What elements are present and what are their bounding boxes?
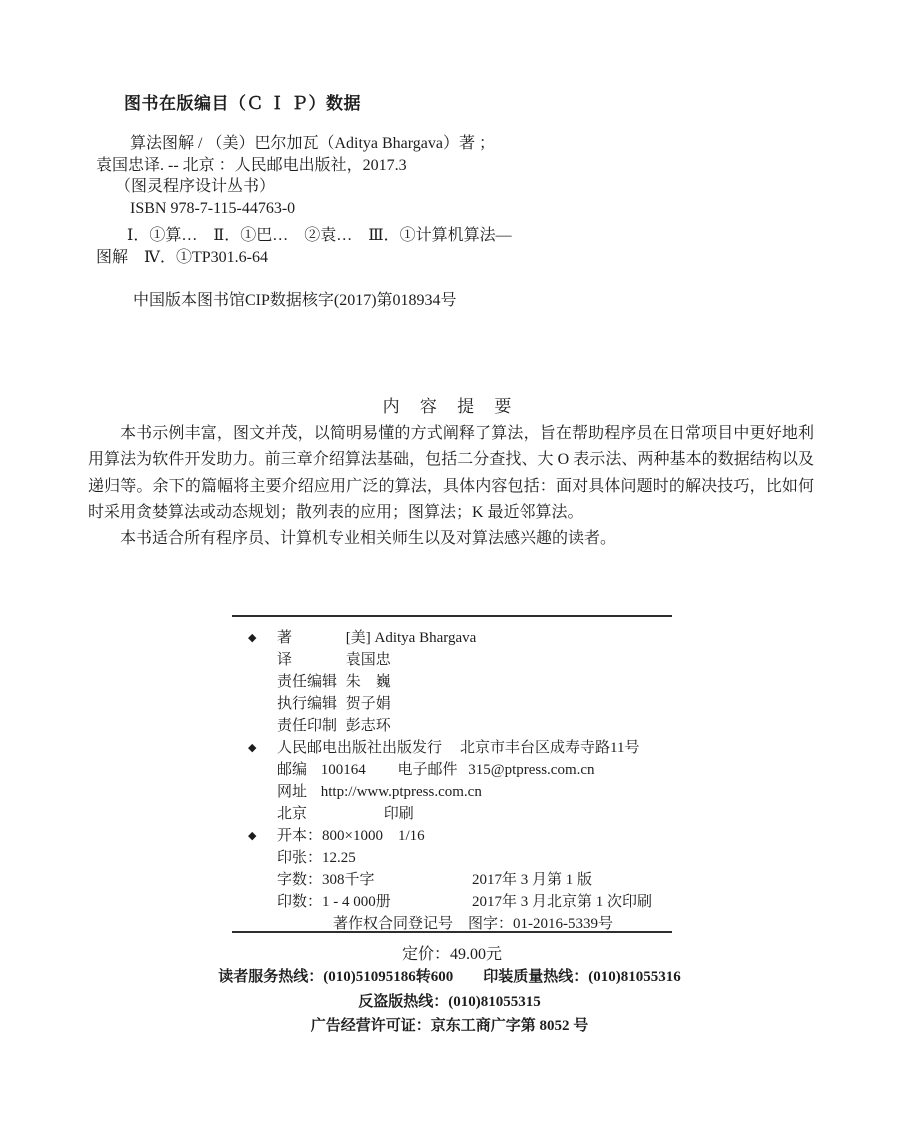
credit-row-author: ◆ 著 [美] Aditya Bhargava (232, 627, 672, 649)
sheets-value: 12.25 (322, 850, 356, 866)
sheets-row: 印张：12.25 (232, 847, 672, 869)
abstract-paragraph-2: 本书适合所有程序员、计算机专业相关师生以及对算法感兴趣的读者。 (88, 526, 814, 552)
reader-hotline: 读者服务热线：(010)51095186转600 (218, 969, 453, 985)
cip-registration: 中国版本图书馆CIP数据核字(2017)第018934号 (133, 287, 457, 310)
cip-heading: 图书在版编目（Ｃ Ｉ Ｐ）数据 (124, 89, 361, 114)
publisher-address: 北京市丰台区成寿寺路11号 (460, 737, 639, 759)
diamond-bullet-icon: ◆ (248, 627, 256, 649)
print-city-row: 北京 印刷 (232, 803, 672, 825)
cip-classification: Ⅰ．①算… Ⅱ．①巴… ②袁… Ⅲ．①计算机算法— 图解 Ⅳ．①TP301.6-… (96, 225, 512, 268)
website-url: http://www.ptpress.com.cn (321, 784, 482, 800)
credit-value: 袁国忠 (346, 652, 391, 668)
credit-label: 执行编辑 (277, 693, 342, 715)
credit-value: 彭志环 (346, 718, 391, 734)
print-word: 印刷 (384, 806, 414, 822)
credit-value: 贺子娟 (346, 696, 391, 712)
wordcount-label: 字数： (277, 872, 322, 888)
postcode-value: 100164 (321, 759, 394, 781)
cip-class-line-1: Ⅰ．①算… Ⅱ．①巴… ②袁… Ⅲ．①计算机算法— (96, 225, 512, 247)
printrun-value: 1 - 4 000册 (322, 894, 391, 910)
abstract-paragraph-1: 本书示例丰富，图文并茂，以简明易懂的方式阐释了算法，旨在帮助程序员在日常项目中更… (88, 421, 814, 526)
abstract-body: 本书示例丰富，图文并茂，以简明易懂的方式阐释了算法，旨在帮助程序员在日常项目中更… (88, 421, 814, 552)
ad-license: 广告经营许可证：京东工商广字第 8052 号 (0, 1014, 899, 1035)
postcode-label: 邮编 (277, 759, 317, 781)
credit-value: [美] Aditya Bhargava (346, 630, 477, 646)
antipiracy-hotline: 反盗版热线：(010)81055315 (0, 990, 899, 1011)
cip-line-series: （图灵程序设计丛书） (96, 176, 495, 198)
format-value: 800×1000 1/16 (322, 828, 425, 844)
cip-line-title: 算法图解 / （美）巴尔加瓦（Aditya Bhargava）著 ； (96, 133, 495, 155)
email-value: 315@ptpress.com.cn (468, 762, 594, 778)
quality-hotline: 印装质量热线：(010)81055316 (483, 969, 681, 985)
print-city: 北京 (277, 803, 380, 825)
website-row: 网址 http://www.ptpress.com.cn (232, 781, 672, 803)
printing-info: 2017年 3 月北京第 1 次印刷 (472, 891, 652, 913)
sheets-label: 印张： (277, 850, 322, 866)
edition-info: 2017年 3 月第 1 版 (472, 869, 592, 891)
printrun-label: 印数： (277, 894, 322, 910)
cip-record: 算法图解 / （美）巴尔加瓦（Aditya Bhargava）著 ； 袁国忠译.… (96, 133, 495, 219)
copyright-page: 图书在版编目（Ｃ Ｉ Ｐ）数据 算法图解 / （美）巴尔加瓦（Aditya Bh… (0, 0, 899, 1122)
credit-label: 译 (277, 649, 342, 671)
colophon-box: ◆ 著 [美] Aditya Bhargava 译 袁国忠 责任编辑 朱 巍 执… (232, 615, 672, 933)
abstract-title: 内 容 提 要 (88, 392, 814, 417)
diamond-bullet-icon: ◆ (248, 737, 256, 759)
publisher-row: ◆ 人民邮电出版社出版发行 北京市丰台区成寿寺路11号 (232, 737, 672, 759)
postcode-email-row: 邮编 100164 电子邮件 315@ptpress.com.cn (232, 759, 672, 781)
credit-row-editor: 责任编辑 朱 巍 (232, 671, 672, 693)
format-label: 开本： (277, 828, 322, 844)
price: 定价：49.00元 (232, 941, 672, 964)
wordcount-edition-row: 字数：308千字 2017年 3 月第 1 版 (232, 869, 672, 891)
copyright-registration: 著作权合同登记号 图字：01-2016-5339号 (232, 913, 672, 935)
credit-row-print-supervisor: 责任印制 彭志环 (232, 715, 672, 737)
wordcount-value: 308千字 (322, 872, 375, 888)
credit-value: 朱 巍 (346, 674, 391, 690)
credit-label: 责任编辑 (277, 671, 342, 693)
diamond-bullet-icon: ◆ (248, 825, 256, 847)
printrun-printing-row: 印数：1 - 4 000册 2017年 3 月北京第 1 次印刷 (232, 891, 672, 913)
cip-line-publisher: 袁国忠译. -- 北京 ：人民邮电出版社，2017.3 (96, 155, 495, 177)
credit-label: 责任印制 (277, 715, 342, 737)
credit-row-translator: 译 袁国忠 (232, 649, 672, 671)
email-label: 电子邮件 (398, 759, 465, 781)
publisher-name: 人民邮电出版社出版发行 (277, 740, 442, 756)
format-row: ◆ 开本：800×1000 1/16 (232, 825, 672, 847)
credit-row-executive-editor: 执行编辑 贺子娟 (232, 693, 672, 715)
service-hotlines: 读者服务热线：(010)51095186转600印装质量热线：(010)8105… (0, 965, 899, 986)
credit-label: 著 (277, 627, 342, 649)
cip-line-isbn: ISBN 978-7-115-44763-0 (96, 198, 495, 220)
website-label: 网址 (277, 781, 317, 803)
cip-class-line-2: 图解 Ⅳ．①TP301.6-64 (96, 247, 512, 269)
